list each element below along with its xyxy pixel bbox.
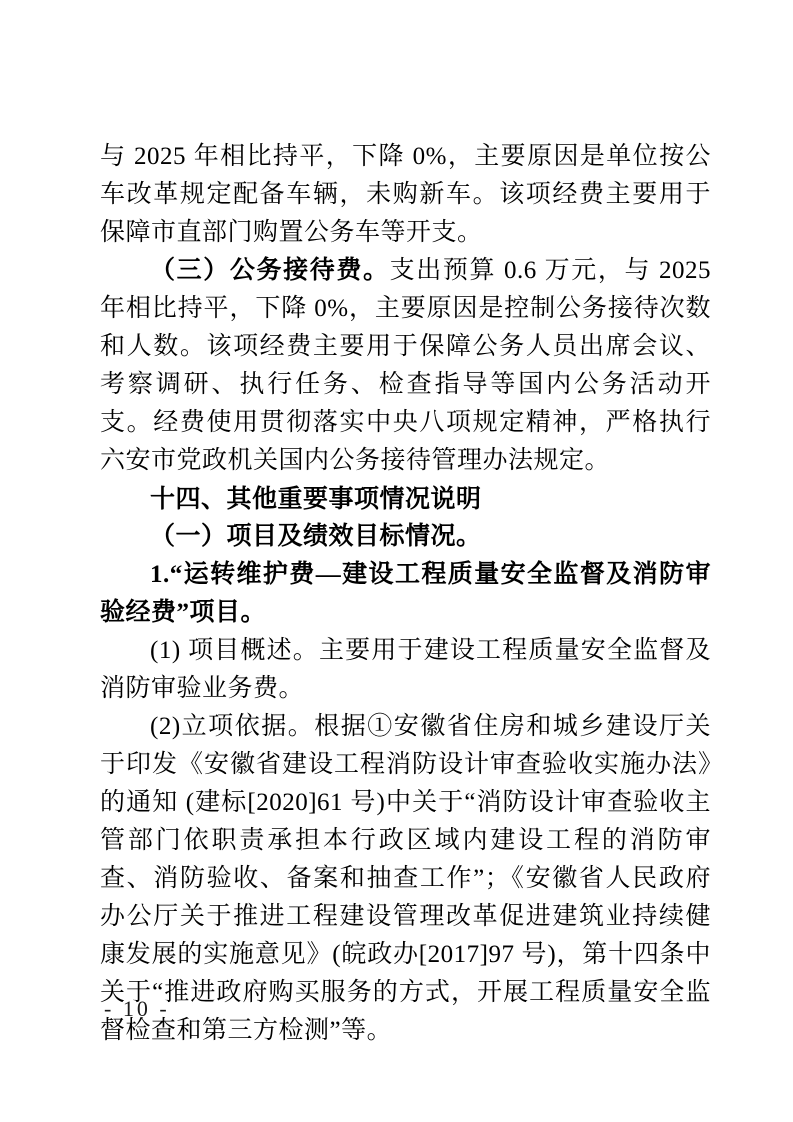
body-text: 与 2025 年相比持平，下降 0%，主要原因是单位按公车改革规定配备车辆，未购…	[100, 138, 711, 1050]
project-1-overview: (1) 项目概述。主要用于建设工程质量安全监督及消防审验业务费。	[100, 632, 711, 708]
paragraph-carryover: 与 2025 年相比持平，下降 0%，主要原因是单位按公车改革规定配备车辆，未购…	[100, 138, 711, 252]
page-number: - 10 -	[104, 996, 170, 1022]
paragraph-reception-fee: （三）公务接待费。支出预算 0.6 万元，与 2025 年相比持平，下降 0%，…	[100, 252, 711, 480]
project-1-basis: (2)立项依据。根据①安徽省住房和城乡建设厅关于印发《安徽省建设工程消防设计审查…	[100, 708, 711, 1050]
document-page: 与 2025 年相比持平，下降 0%，主要原因是单位按公车改革规定配备车辆，未购…	[0, 0, 793, 1122]
reception-fee-heading: （三）公务接待费。	[150, 257, 390, 284]
reception-fee-body: 支出预算 0.6 万元，与 2025 年相比持平，下降 0%，主要原因是控制公务…	[100, 257, 711, 474]
project-1-title: 1.“运转维护费—建设工程质量安全监督及消防审验经费”项目。	[100, 556, 711, 632]
section-heading-14: 十四、其他重要事项情况说明	[100, 480, 711, 518]
subsection-heading-14-1: （一）项目及绩效目标情况。	[100, 518, 711, 556]
